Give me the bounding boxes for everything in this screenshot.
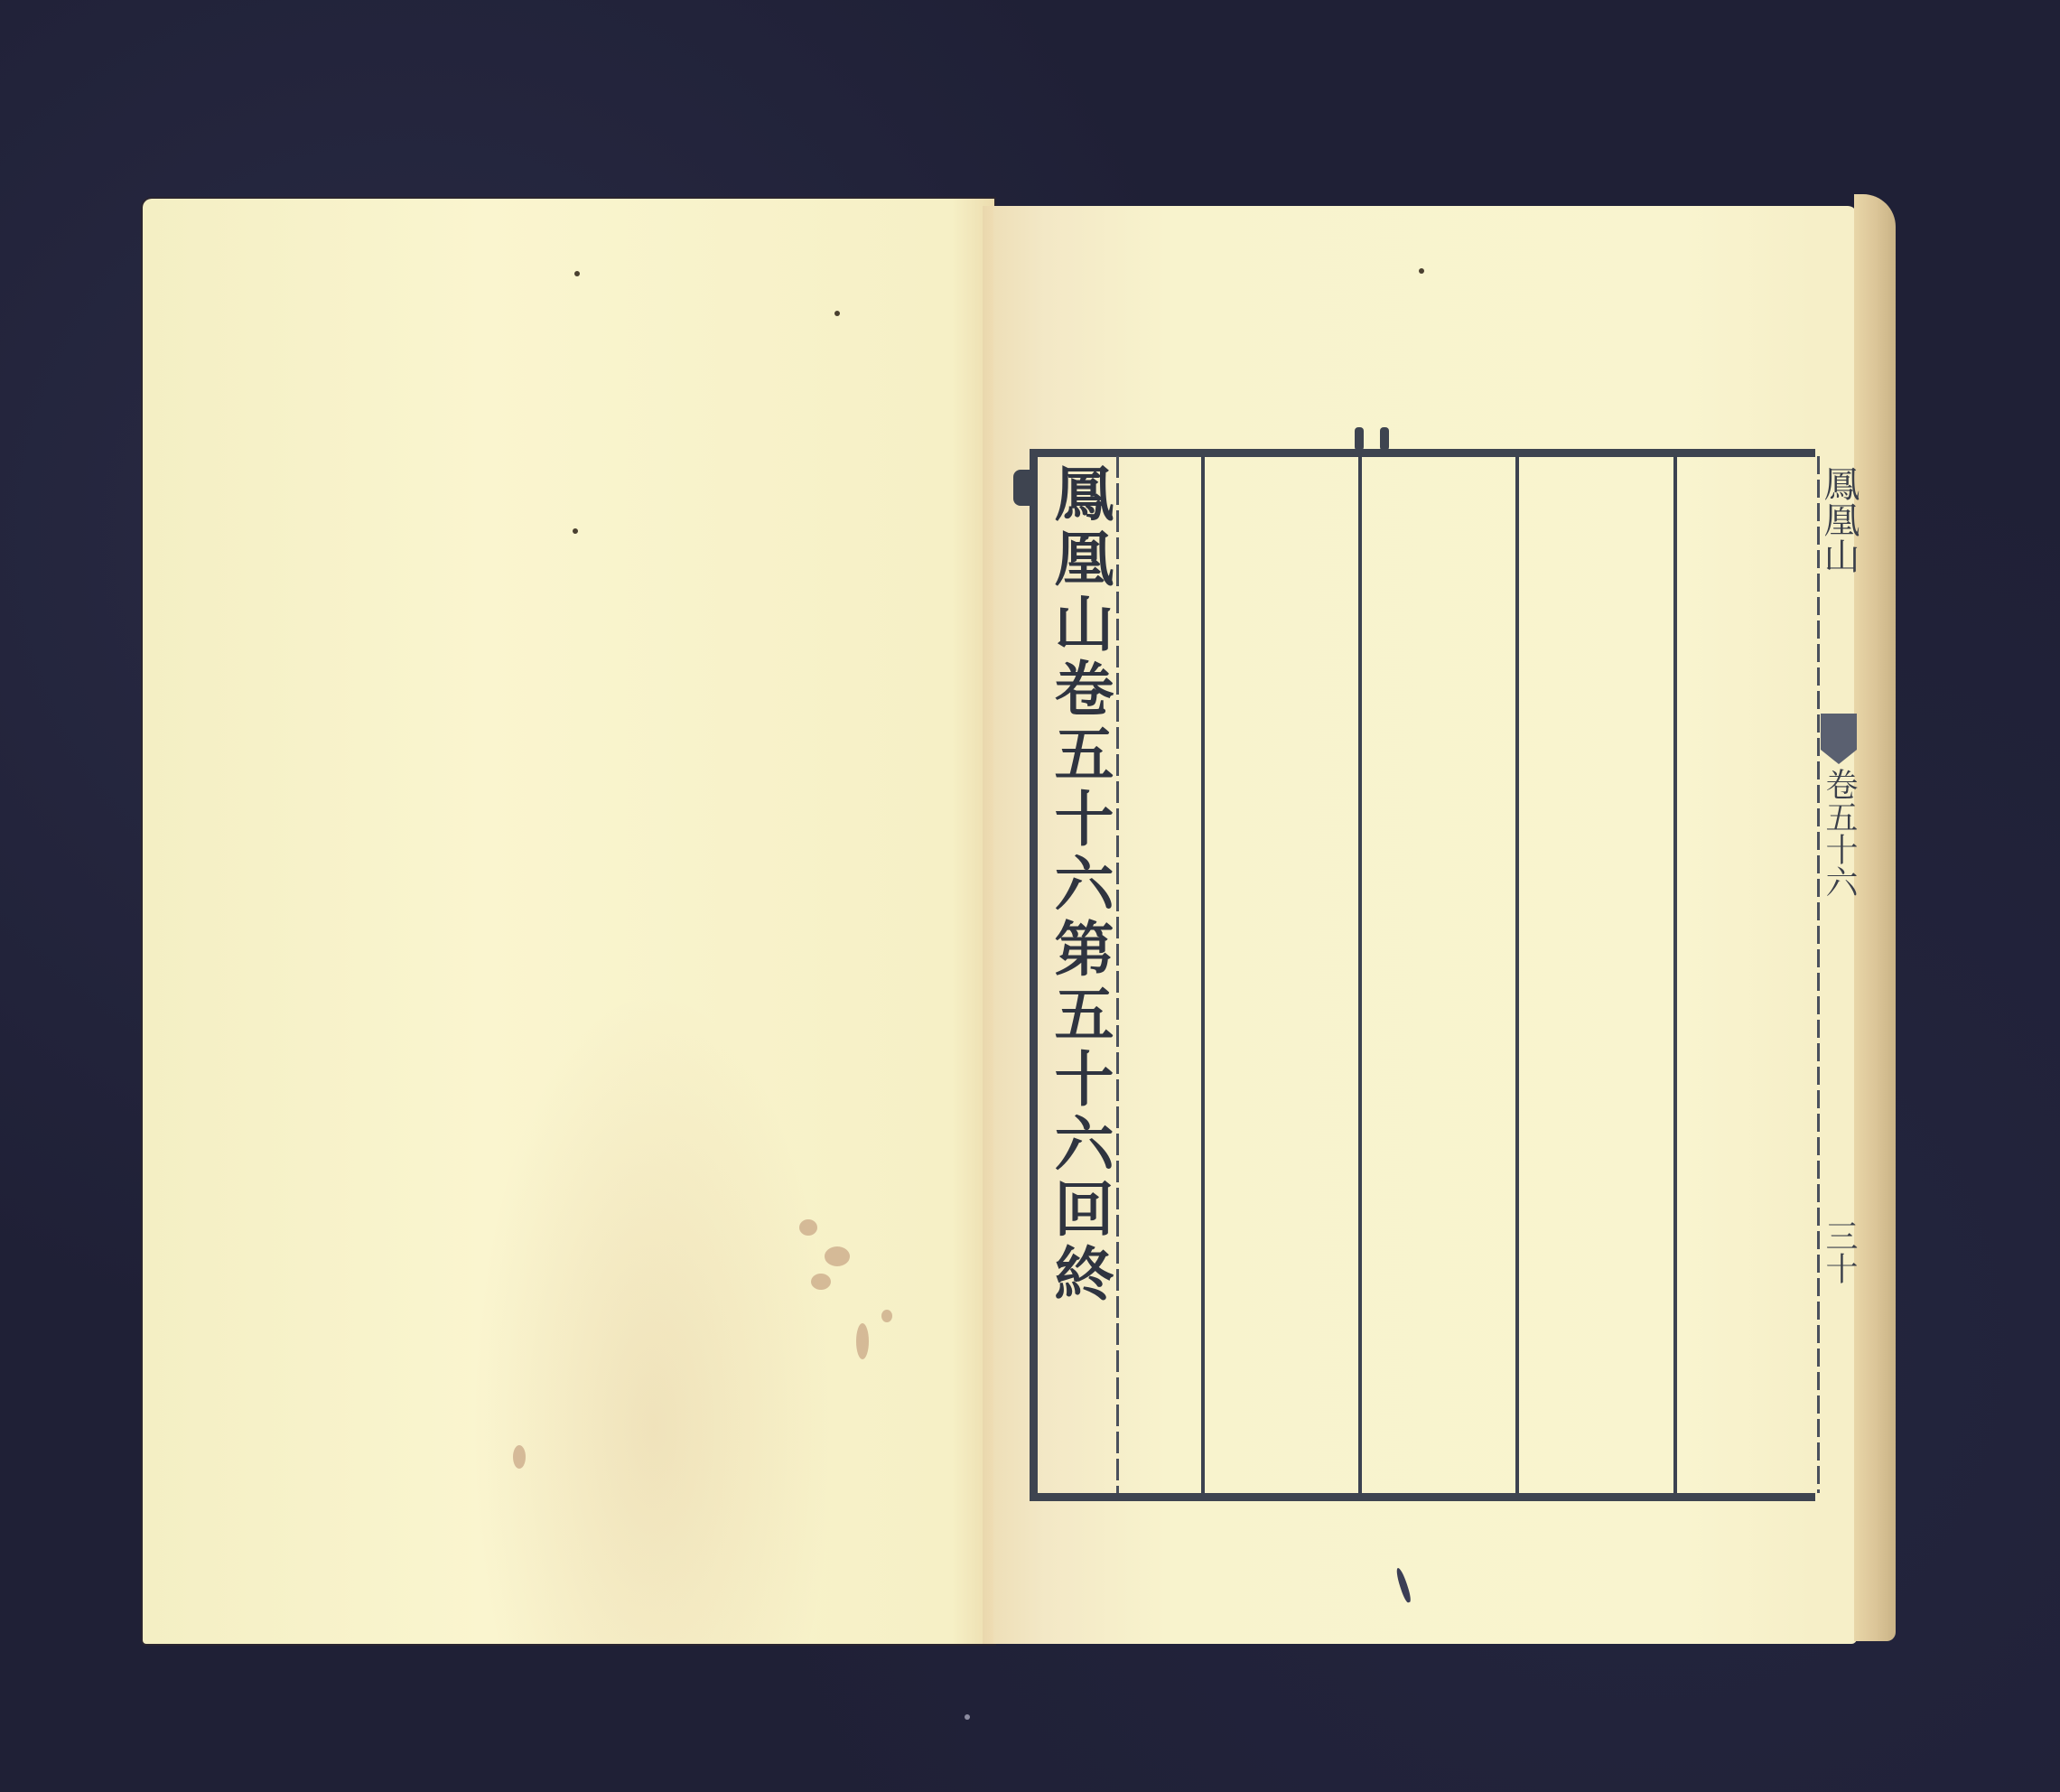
stain [811, 1274, 831, 1290]
speck [1419, 268, 1424, 274]
speck [834, 311, 840, 316]
center-margin-banxin: 鳳凰山 卷五十六 三十 [1821, 456, 1857, 1493]
stain [513, 1445, 526, 1469]
print-frame-border [1030, 449, 1815, 1501]
speck [574, 271, 580, 276]
left-blank-page [143, 199, 994, 1644]
column-rule [1116, 456, 1119, 1493]
frame-ear [1013, 470, 1030, 506]
stain [799, 1219, 817, 1236]
banxin-page-number: 三十 [1821, 1219, 1857, 1284]
speck [573, 528, 578, 534]
stain [881, 1310, 892, 1322]
page-block-edge [1854, 194, 1896, 1641]
speck [965, 1714, 970, 1720]
fishtail-icon [1821, 714, 1857, 750]
column-rule [1673, 456, 1677, 1493]
column-rule [1201, 456, 1205, 1493]
stain [825, 1246, 850, 1266]
banxin-book-title: 鳳凰山 [1821, 465, 1857, 574]
column-rule [1515, 456, 1519, 1493]
column-rule [1358, 456, 1362, 1493]
ink-blot [1355, 427, 1409, 453]
banxin-volume: 卷五十六 [1821, 768, 1857, 898]
stain [856, 1323, 869, 1359]
chapter-end-title: 鳳凰山卷五十六第五十六回終 [1046, 462, 1113, 1308]
banxin-rule [1817, 456, 1820, 1493]
